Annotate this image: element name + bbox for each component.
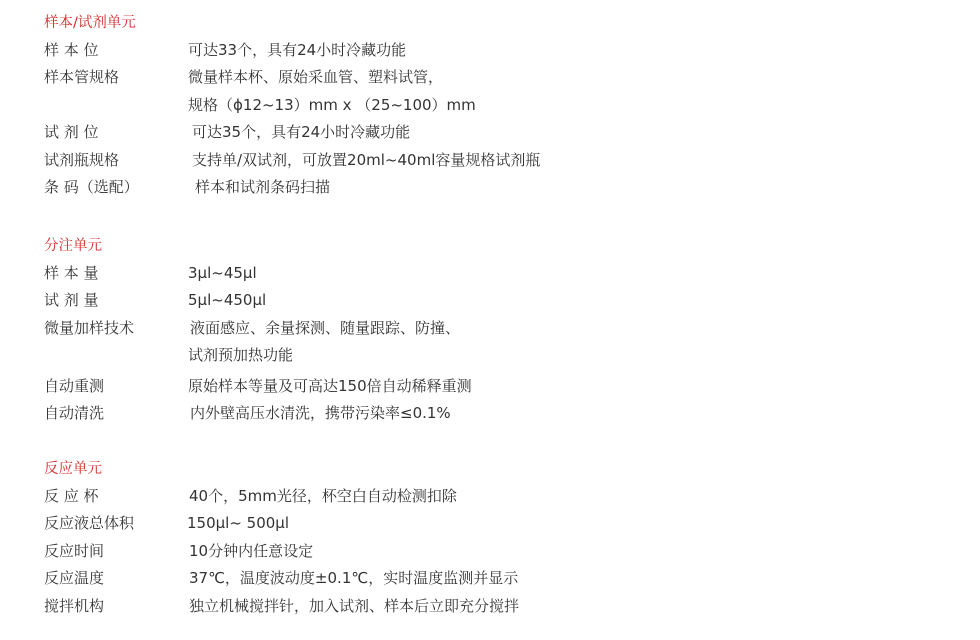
spec-row: 条 码（选配） 样本和试剂条码扫描 bbox=[0, 175, 980, 201]
section-title-reaction: 反应单元 bbox=[44, 459, 102, 479]
spec-row: 规格（ϕ12~13）mm x （25~100）mm bbox=[0, 93, 980, 119]
spec-row: 微量加样技术 液面感应、余量探测、随量跟踪、防撞、 bbox=[0, 316, 980, 342]
spec-value: 样本和试剂条码扫描 bbox=[195, 175, 330, 199]
spec-label: 反应液总体积 bbox=[44, 511, 134, 535]
spec-value: 规格（ϕ12~13）mm x （25~100）mm bbox=[188, 93, 476, 117]
spec-value: 独立机械搅拌针，加入试剂、样本后立即充分搅拌 bbox=[189, 594, 519, 618]
spec-value: 液面感应、余量探测、随量跟踪、防撞、 bbox=[190, 316, 460, 340]
spec-row: 样 本 量 3μl~45μl bbox=[0, 261, 980, 287]
spec-label: 试 剂 量 bbox=[44, 288, 99, 312]
spec-value: 3μl~45μl bbox=[188, 261, 257, 285]
spec-row: 搅拌机构 独立机械搅拌针，加入试剂、样本后立即充分搅拌 bbox=[0, 594, 980, 620]
spec-label: 样 本 位 bbox=[44, 38, 99, 62]
spec-label: 样 本 量 bbox=[44, 261, 99, 285]
spec-row: 试 剂 位 可达35个，具有24小时冷藏功能 bbox=[0, 120, 980, 146]
spec-value: 支持单/双试剂，可放置20ml~40ml容量规格试剂瓶 bbox=[192, 148, 540, 172]
spec-row: 反应液总体积 150μl~ 500μl bbox=[0, 511, 980, 537]
spec-label: 反 应 杯 bbox=[44, 484, 99, 508]
spec-label: 自动重测 bbox=[44, 374, 104, 398]
spec-label: 微量加样技术 bbox=[44, 316, 134, 340]
spec-value: 5μl~450μl bbox=[188, 288, 266, 312]
spec-label: 搅拌机构 bbox=[44, 594, 104, 618]
spec-label: 条 码（选配） bbox=[44, 175, 139, 199]
spec-row: 试 剂 量 5μl~450μl bbox=[0, 288, 980, 314]
spec-value: 微量样本杯、原始采血管、塑料试管， bbox=[188, 65, 443, 89]
spec-value: 37℃，温度波动度±0.1℃，实时温度监测并显示 bbox=[189, 566, 518, 590]
spec-value: 内外壁高压水清洗，携带污染率≤0.1% bbox=[190, 401, 451, 425]
spec-row: 试剂预加热功能 bbox=[0, 343, 980, 369]
spec-label: 反应时间 bbox=[44, 539, 104, 563]
spec-row: 自动重测 原始样本等量及可高达150倍自动稀释重测 bbox=[0, 374, 980, 400]
spec-row: 反 应 杯 40个，5mm光径，杯空白自动检测扣除 bbox=[0, 484, 980, 510]
spec-row: 样 本 位 可达33个，具有24小时冷藏功能 bbox=[0, 38, 980, 64]
spec-value: 可达35个，具有24小时冷藏功能 bbox=[192, 120, 410, 144]
section-title-dispensing: 分注单元 bbox=[44, 236, 102, 256]
spec-value: 40个，5mm光径，杯空白自动检测扣除 bbox=[189, 484, 457, 508]
section-title-sample-reagent: 样本/试剂单元 bbox=[44, 13, 136, 33]
spec-value: 可达33个，具有24小时冷藏功能 bbox=[188, 38, 406, 62]
spec-label: 样本管规格 bbox=[44, 65, 119, 89]
spec-value: 150μl~ 500μl bbox=[187, 511, 289, 535]
spec-row: 试剂瓶规格 支持单/双试剂，可放置20ml~40ml容量规格试剂瓶 bbox=[0, 148, 980, 174]
spec-label: 反应温度 bbox=[44, 566, 104, 590]
spec-value: 试剂预加热功能 bbox=[188, 343, 293, 367]
spec-document: 样本/试剂单元 样 本 位 可达33个，具有24小时冷藏功能 样本管规格 微量样… bbox=[0, 0, 980, 640]
spec-label: 自动清洗 bbox=[44, 401, 104, 425]
spec-value: 10分钟内任意设定 bbox=[189, 539, 313, 563]
spec-row: 样本管规格 微量样本杯、原始采血管、塑料试管， bbox=[0, 65, 980, 91]
spec-row: 反应温度 37℃，温度波动度±0.1℃，实时温度监测并显示 bbox=[0, 566, 980, 592]
spec-row: 反应时间 10分钟内任意设定 bbox=[0, 539, 980, 565]
spec-value: 原始样本等量及可高达150倍自动稀释重测 bbox=[188, 374, 472, 398]
spec-label: 试 剂 位 bbox=[44, 120, 99, 144]
spec-row: 自动清洗 内外壁高压水清洗，携带污染率≤0.1% bbox=[0, 401, 980, 427]
spec-label: 试剂瓶规格 bbox=[44, 148, 119, 172]
